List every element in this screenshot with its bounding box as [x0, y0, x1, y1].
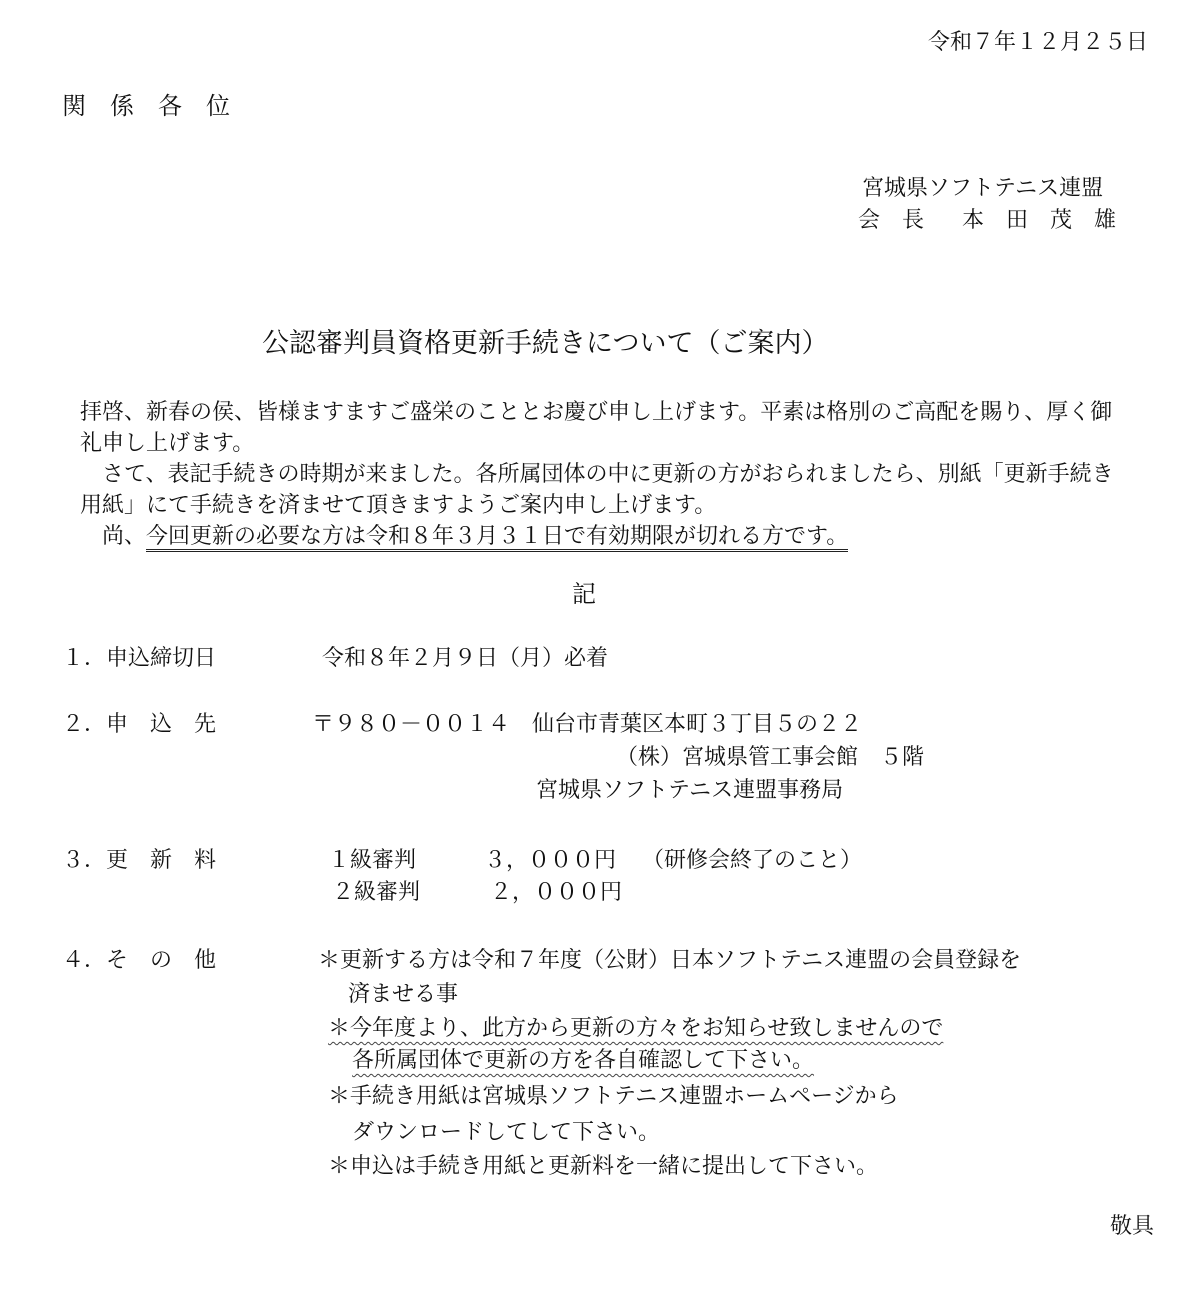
other-note-2-line-2: 各所属団体で更新の方を各自確認して下さい。 [352, 1046, 814, 1076]
other-note-1-line-1: ＊更新する方は令和７年度（公財）日本ソフトテニス連盟の会員登録を [318, 946, 1021, 976]
body-paragraph-1-line-2: 礼申し上げます。 [80, 429, 254, 459]
document-date: 令和７年１２月２５日 [928, 28, 1148, 58]
item-2-address-line-3: 宮城県ソフトテニス連盟事務局 [536, 776, 843, 806]
ki-heading: 記 [572, 578, 596, 610]
other-note-2-line-1: ＊今年度より、此方から更新の方々をお知らせ致しませんので [328, 1014, 943, 1044]
fee-amount-2: ２，０００円 [490, 878, 622, 908]
fee-note-1: （研修会終了のこと） [642, 846, 862, 876]
addressee: 関 係 各 位 [62, 90, 230, 122]
item-1-deadline: 令和８年２月９日（月）必着 [322, 644, 608, 674]
sender-name: 本 田 茂 雄 [962, 206, 1116, 236]
fee-grade-1: １級審判 [328, 846, 416, 876]
other-note-3-line-1: ＊手続き用紙は宮城県ソフトテニス連盟ホームページから [328, 1082, 899, 1112]
item-1-label: １．申込締切日 [62, 644, 216, 674]
sender-title: 会 長 [858, 206, 924, 236]
item-4-label: ４．そ の 他 [62, 946, 216, 976]
other-note-4: ＊申込は手続き用紙と更新料を一緒に提出して下さい。 [328, 1152, 878, 1182]
closing-keigu: 敬具 [1110, 1212, 1154, 1242]
expiry-notice-underlined: 今回更新の必要な方は令和８年３月３１日で有効期限が切れる方です。 [146, 524, 848, 552]
sender-organization: 宮城県ソフトテニス連盟 [862, 174, 1103, 204]
body-paragraph-2-line-2: 用紙」にて手続きを済ませて頂きますようご案内申し上げます。 [80, 491, 716, 521]
item-2-address-line-2: （株）宮城県管工事会館 ５階 [616, 743, 924, 773]
item-2-label: ２．申 込 先 [62, 710, 216, 740]
fee-amount-1: ３，０００円 [484, 846, 616, 876]
document-title: 公認審判員資格更新手続きについて（ご案内） [262, 326, 828, 362]
body-paragraph-2-line-1: さて、表記手続きの時期が来ました。各所属団体の中に更新の方がおられましたら、別紙… [80, 460, 1114, 490]
other-note-1-line-2: 済ませる事 [348, 980, 458, 1010]
item-2-address-line-1: 〒９８０－００１４ 仙台市青葉区本町３丁目５の２２ [312, 710, 862, 740]
item-3-label: ３．更 新 料 [62, 846, 216, 876]
body-paragraph-3-prefix: 尚、 [80, 524, 146, 549]
body-paragraph-3: 尚、今回更新の必要な方は令和８年３月３１日で有効期限が切れる方です。 [80, 522, 848, 552]
other-note-3-line-2: ダウンロードしてして下さい。 [352, 1118, 660, 1148]
fee-grade-2: ２級審判 [332, 878, 420, 908]
body-paragraph-1-line-1: 拝啓、新春の侯、皆様ますますご盛栄のこととお慶び申し上げます。平素は格別のご高配… [80, 398, 1112, 428]
